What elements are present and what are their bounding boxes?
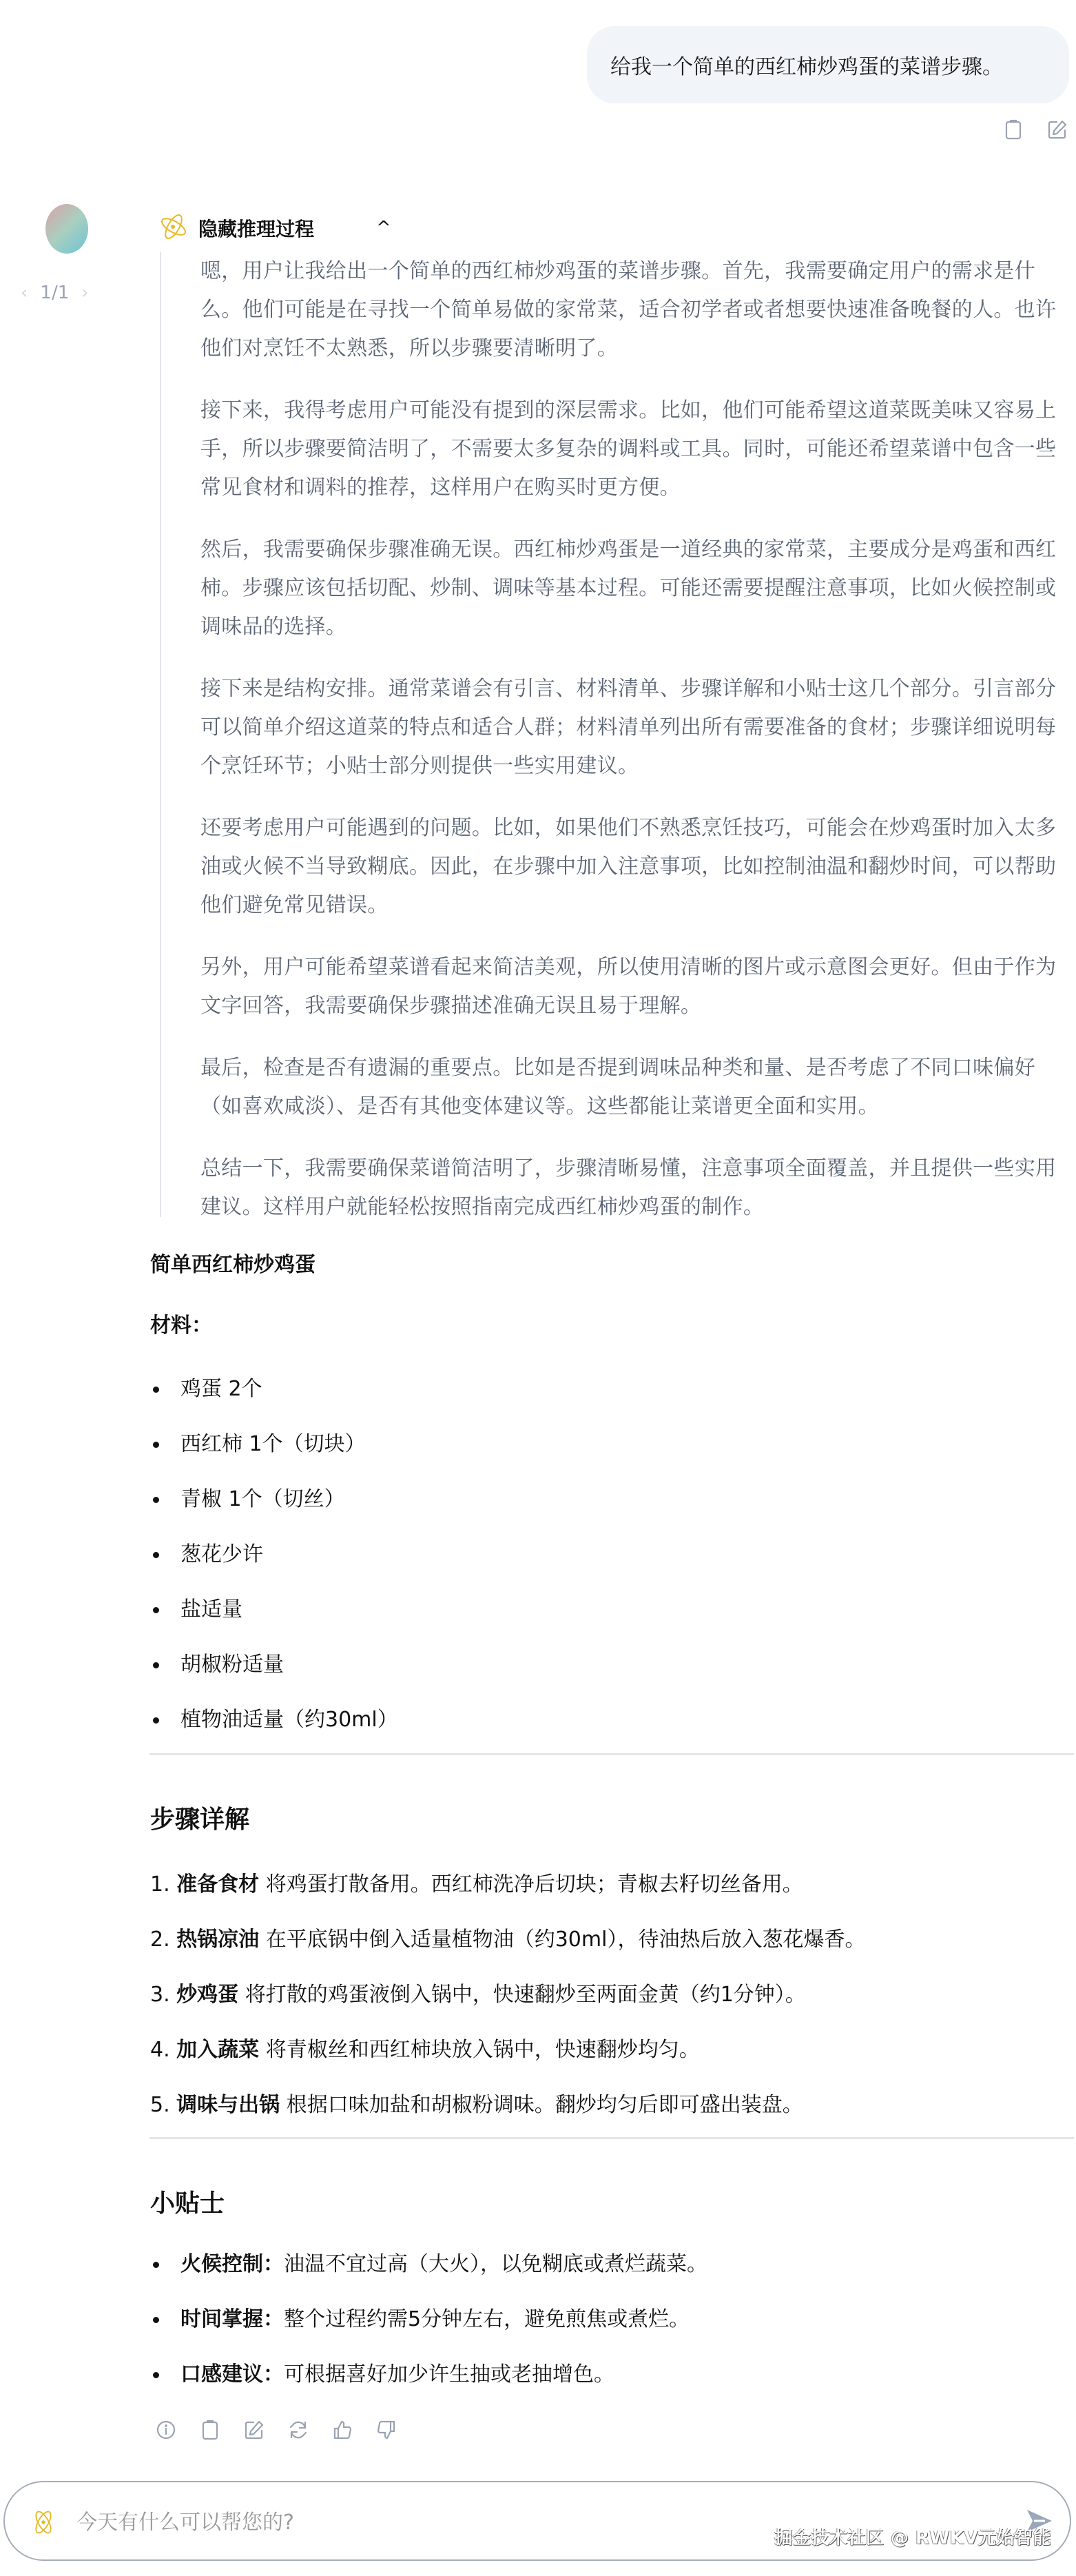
ingredient-item: 葱花少许 [150,1527,1073,1582]
user-message-bubble: 给我一个简单的西红柿炒鸡蛋的菜谱步骤。 [587,26,1069,103]
step-title: 炒鸡蛋 [176,1983,238,2007]
step-title: 热锅凉油 [176,1928,259,1952]
step-text: 将鸡蛋打散备用。西红柿洗净后切块；青椒去籽切丝备用。 [266,1872,803,1897]
ingredient-item: 西红柿 1个（切块） [150,1417,1073,1472]
reasoning-paragraph: 接下来是结构安排。通常菜谱会有引言、材料清单、步骤详解和小贴士这几个部分。引言部… [200,670,1069,786]
step-title: 调味与出锅 [176,2093,280,2117]
thumbs-up-icon[interactable] [332,2417,353,2442]
watermark: 掘金技术社区 @ RWKV元始智能 [774,2524,1051,2549]
reasoning-toggle[interactable]: 隐藏推理过程 ^ [158,212,391,244]
ingredient-item: 鸡蛋 2个 [150,1362,1073,1417]
ingredients-heading: 材料： [150,1307,1073,1345]
reasoning-paragraph: 嗯，用户让我给出一个简单的西红柿炒鸡蛋的菜谱步骤。首先，我需要确定用户的需求是什… [200,252,1069,368]
step-title: 准备食材 [176,1872,259,1897]
step-item: 2. 热锅凉油 在平底锅中倒入适量植物油（约30ml），待油热后放入葱花爆香。 [150,1912,1073,1967]
atom-logo-icon [30,2507,57,2540]
step-text: 将打散的鸡蛋液倒入锅中，快速翻炒至两面金黄（约1分钟）。 [245,1983,806,2007]
reasoning-paragraph: 然后，我需要确保步骤准确无误。西红柿炒鸡蛋是一道经典的家常菜，主要成分是鸡蛋和西… [200,531,1069,646]
ingredient-item: 青椒 1个（切丝） [150,1472,1073,1527]
step-item: 4. 加入蔬菜 将青椒丝和西红柿块放入锅中，快速翻炒均匀。 [150,2023,1073,2078]
tip-text: 整个过程约需5分钟左右，避免煎焦或煮烂。 [284,2307,690,2331]
pager-label: 1/1 [40,283,69,303]
step-text: 根据口味加盐和胡椒粉调味。翻炒均匀后即可盛出装盘。 [287,2093,803,2117]
reasoning-paragraph: 最后，检查是否有遗漏的重要点。比如是否提到调味品种类和量、是否考虑了不同口味偏好… [200,1049,1069,1126]
step-item: 1. 准备食材 将鸡蛋打散备用。西红柿洗净后切块；青椒去籽切丝备用。 [150,1857,1073,1912]
tip-item: 口感建议：可根据喜好加少许生抽或老抽增色。 [150,2347,1073,2402]
pager-next-button[interactable]: › [81,283,88,303]
pager-prev-button[interactable]: ‹ [21,283,28,303]
response-pager: ‹ 1/1 › [21,283,89,303]
tip-item: 火候控制：油温不宜过高（大火），以免糊底或煮烂蔬菜。 [150,2237,1073,2292]
reasoning-paragraph: 还要考虑用户可能遇到的问题。比如，如果他们不熟悉烹饪技巧，可能会在炒鸡蛋时加入太… [200,809,1069,925]
atom-logo-icon [158,212,189,245]
tip-text: 油温不宜过高（大火），以免糊底或煮烂蔬菜。 [284,2252,707,2276]
message-actions [156,2417,397,2442]
tips-list: 火候控制：油温不宜过高（大火），以免糊底或煮烂蔬菜。 时间掌握：整个过程约需5分… [150,2237,1073,2402]
steps-list: 1. 准备食材 将鸡蛋打散备用。西红柿洗净后切块；青椒去籽切丝备用。 2. 热锅… [150,1857,1073,2133]
user-message-actions [1003,117,1068,142]
chevron-up-icon[interactable]: ^ [376,218,391,238]
copy-icon[interactable] [200,2417,220,2442]
step-text: 在平底锅中倒入适量植物油（约30ml），待油热后放入葱花爆香。 [266,1928,866,1952]
tip-title: 火候控制 [180,2252,263,2276]
reasoning-toggle-label: 隐藏推理过程 [198,214,314,242]
user-message-text: 给我一个简单的西红柿炒鸡蛋的菜谱步骤。 [610,50,1003,80]
step-title: 加入蔬菜 [176,2038,259,2062]
edit-icon[interactable] [244,2417,265,2442]
ingredient-item: 植物油适量（约30ml） [150,1693,1073,1748]
tip-title: 时间掌握 [180,2307,263,2331]
reasoning-content: 嗯，用户让我给出一个简单的西红柿炒鸡蛋的菜谱步骤。首先，我需要确定用户的需求是什… [160,252,1069,1217]
chat-input[interactable] [76,2502,834,2543]
reasoning-paragraph: 总结一下，我需要确保菜谱简洁明了，步骤清晰易懂，注意事项全面覆盖，并且提供一些实… [200,1149,1069,1227]
assistant-answer: 简单西红柿炒鸡蛋 材料： 鸡蛋 2个 西红柿 1个（切块） 青椒 1个（切丝） … [150,1246,1073,2402]
divider [149,2137,1074,2139]
edit-icon[interactable] [1047,117,1068,142]
tip-item: 时间掌握：整个过程约需5分钟左右，避免煎焦或煮烂。 [150,2292,1073,2347]
ingredient-item: 胡椒粉适量 [150,1637,1073,1693]
ingredient-item: 盐适量 [150,1582,1073,1637]
regenerate-icon[interactable] [288,2417,309,2442]
ingredients-list: 鸡蛋 2个 西红柿 1个（切块） 青椒 1个（切丝） 葱花少许 盐适量 胡椒粉适… [150,1362,1073,1748]
assistant-avatar [45,204,88,254]
step-item: 5. 调味与出锅 根据口味加盐和胡椒粉调味。翻炒均匀后即可盛出装盘。 [150,2078,1073,2133]
thumbs-down-icon[interactable] [376,2417,397,2442]
tip-title: 口感建议 [180,2362,263,2386]
recipe-title: 简单西红柿炒鸡蛋 [150,1246,1073,1285]
reasoning-paragraph: 接下来，我得考虑用户可能没有提到的深层需求。比如，他们可能希望这道菜既美味又容易… [200,391,1069,507]
tip-text: 可根据喜好加少许生抽或老抽增色。 [284,2362,614,2386]
reasoning-paragraph: 另外，用户可能希望菜谱看起来简洁美观，所以使用清晰的图片或示意图会更好。但由于作… [200,948,1069,1025]
divider [149,1753,1074,1755]
step-text: 将青椒丝和西红柿块放入锅中，快速翻炒均匀。 [266,2038,700,2062]
copy-icon[interactable] [1003,117,1024,142]
tips-heading: 小贴士 [150,2183,1073,2225]
info-icon[interactable] [156,2417,176,2442]
step-item: 3. 炒鸡蛋 将打散的鸡蛋液倒入锅中，快速翻炒至两面金黄（约1分钟）。 [150,1967,1073,2023]
steps-heading: 步骤详解 [150,1799,1073,1841]
